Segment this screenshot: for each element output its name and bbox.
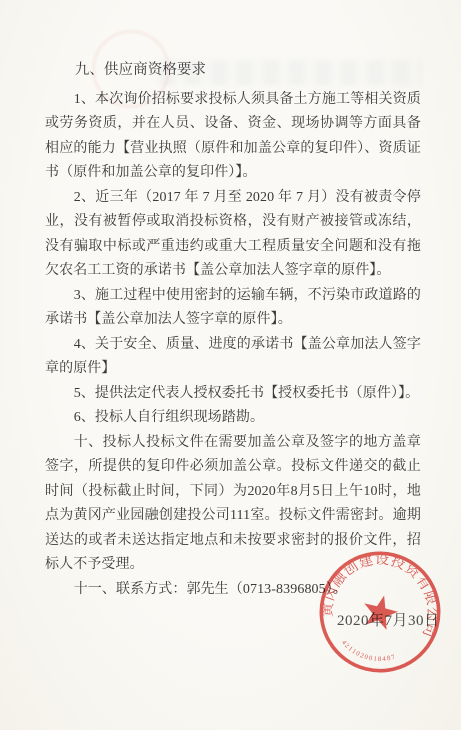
seal-star-icon	[359, 591, 400, 631]
document-page: 九、供应商资格要求 1、本次询价招标要求投标人须具备土方施工等相关资质或劳务资质…	[0, 0, 461, 730]
seal-serial-number: 4211020018487	[337, 638, 398, 668]
paragraph: 5、提供法定代表人授权委托书【授权委托书（原件）】。	[45, 382, 421, 407]
document-body: 九、供应商资格要求 1、本次询价招标要求投标人须具备土方施工等相关资质或劳务资质…	[45, 58, 421, 602]
paragraph: 3、施工过程中使用密封的运输车辆，不污染市政道路的承诺书【盖公章加法人签字章的原…	[45, 284, 421, 333]
section-heading: 九、供应商资格要求	[45, 58, 421, 83]
paragraph: 1、本次询价招标要求投标人须具备土方施工等相关资质或劳务资质，并在人员、设备、资…	[45, 88, 421, 186]
seal-company-name: 黄冈融创建设投资有限公司	[317, 538, 454, 645]
paragraph: 6、投标人自行组织现场踏勘。	[45, 406, 421, 431]
paragraph: 4、关于安全、质量、进度的承诺书【盖公章加法人签字章的原件】	[45, 333, 421, 382]
paragraph: 2、近三年（2017 年 7 月至 2020 年 7 月）没有被责令停业，没有被…	[45, 186, 421, 284]
